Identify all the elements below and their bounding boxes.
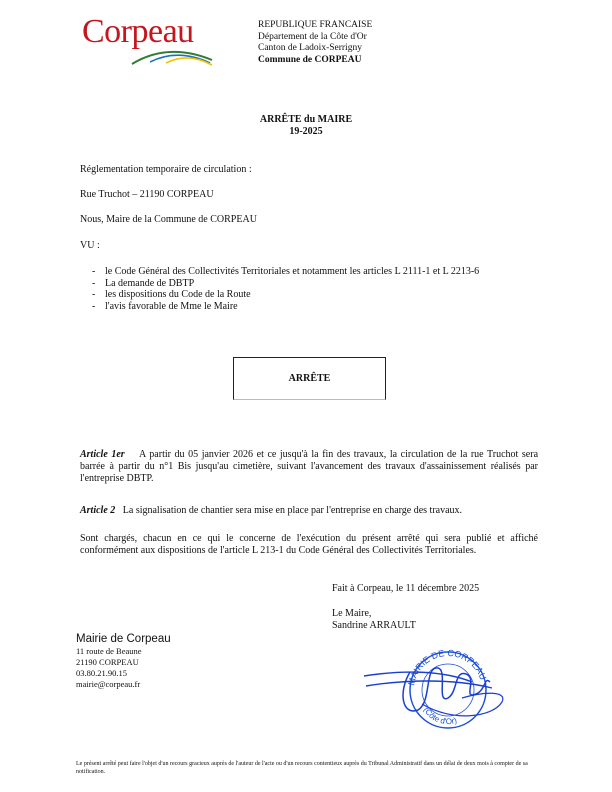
commune-line: Commune de CORPEAU [258, 55, 372, 67]
corpeau-logo: Corpeau [82, 10, 212, 62]
vu-list: -le Code Général des Collectivités Terri… [92, 266, 525, 312]
republic-line: REPUBLIQUE FRANCAISE [258, 20, 372, 32]
administrative-header: REPUBLIQUE FRANCAISE Département de la C… [258, 20, 372, 66]
signature-role: Le Maire, [332, 608, 371, 620]
article-2-label: Article 2 [80, 505, 115, 516]
article-2-text: La signalisation de chantier sera mise e… [123, 505, 462, 516]
title-line: ARRÊTE du MAIRE [200, 114, 412, 126]
official-stamp-icon: MAIRIE DE CORPEAU (Côte d'Or) [362, 632, 512, 732]
canton-line: Canton de Ladoix-Serrigny [258, 43, 372, 55]
mairie-city: 21190 CORPEAU [76, 657, 171, 668]
list-item: -La demande de DBTP [92, 278, 525, 290]
mairie-name: Mairie de Corpeau [76, 632, 171, 646]
rainbow-arc-icon [130, 46, 214, 66]
address-line: Rue Truchot – 21190 CORPEAU [80, 189, 214, 201]
arrete-heading: ARRÊTE [234, 373, 385, 384]
subject-line: Réglementation temporaire de circulation… [80, 164, 252, 176]
mairie-phone: 03.80.21.90.15 [76, 668, 171, 679]
department-line: Département de la Côte d'Or [258, 32, 372, 44]
legal-footer: Le présent arrêté peut faire l'objet d'u… [76, 760, 546, 776]
vu-heading: VU : [80, 240, 100, 252]
article-2: Article 2 La signalisation de chantier s… [80, 505, 538, 517]
mairie-email[interactable]: mairie@corpeau.fr [76, 679, 171, 690]
nous-line: Nous, Maire de la Commune de CORPEAU [80, 214, 257, 226]
charges-paragraph: Sont chargés, chacun en ce qui le concer… [80, 533, 538, 557]
document-title: ARRÊTE du MAIRE 19-2025 [200, 114, 412, 138]
arrete-box: ARRÊTE [233, 357, 386, 400]
mairie-address: 11 route de Beaune [76, 646, 171, 657]
fait-line: Fait à Corpeau, le 11 décembre 2025 [332, 583, 479, 595]
signature-name: Sandrine ARRAULT [332, 620, 416, 632]
article-1-label: Article 1er [80, 449, 125, 460]
article-1: Article 1er A partir du 05 janvier 2026 … [80, 449, 538, 485]
mairie-contact: Mairie de Corpeau 11 route de Beaune 211… [76, 632, 171, 690]
list-item: -l'avis favorable de Mme le Maire [92, 301, 525, 313]
article-1-text: A partir du 05 janvier 2026 et ce jusqu'… [80, 449, 538, 484]
list-item: -les dispositions du Code de la Route [92, 289, 525, 301]
list-item: -le Code Général des Collectivités Terri… [92, 266, 525, 278]
arrete-number: 19-2025 [200, 126, 412, 138]
